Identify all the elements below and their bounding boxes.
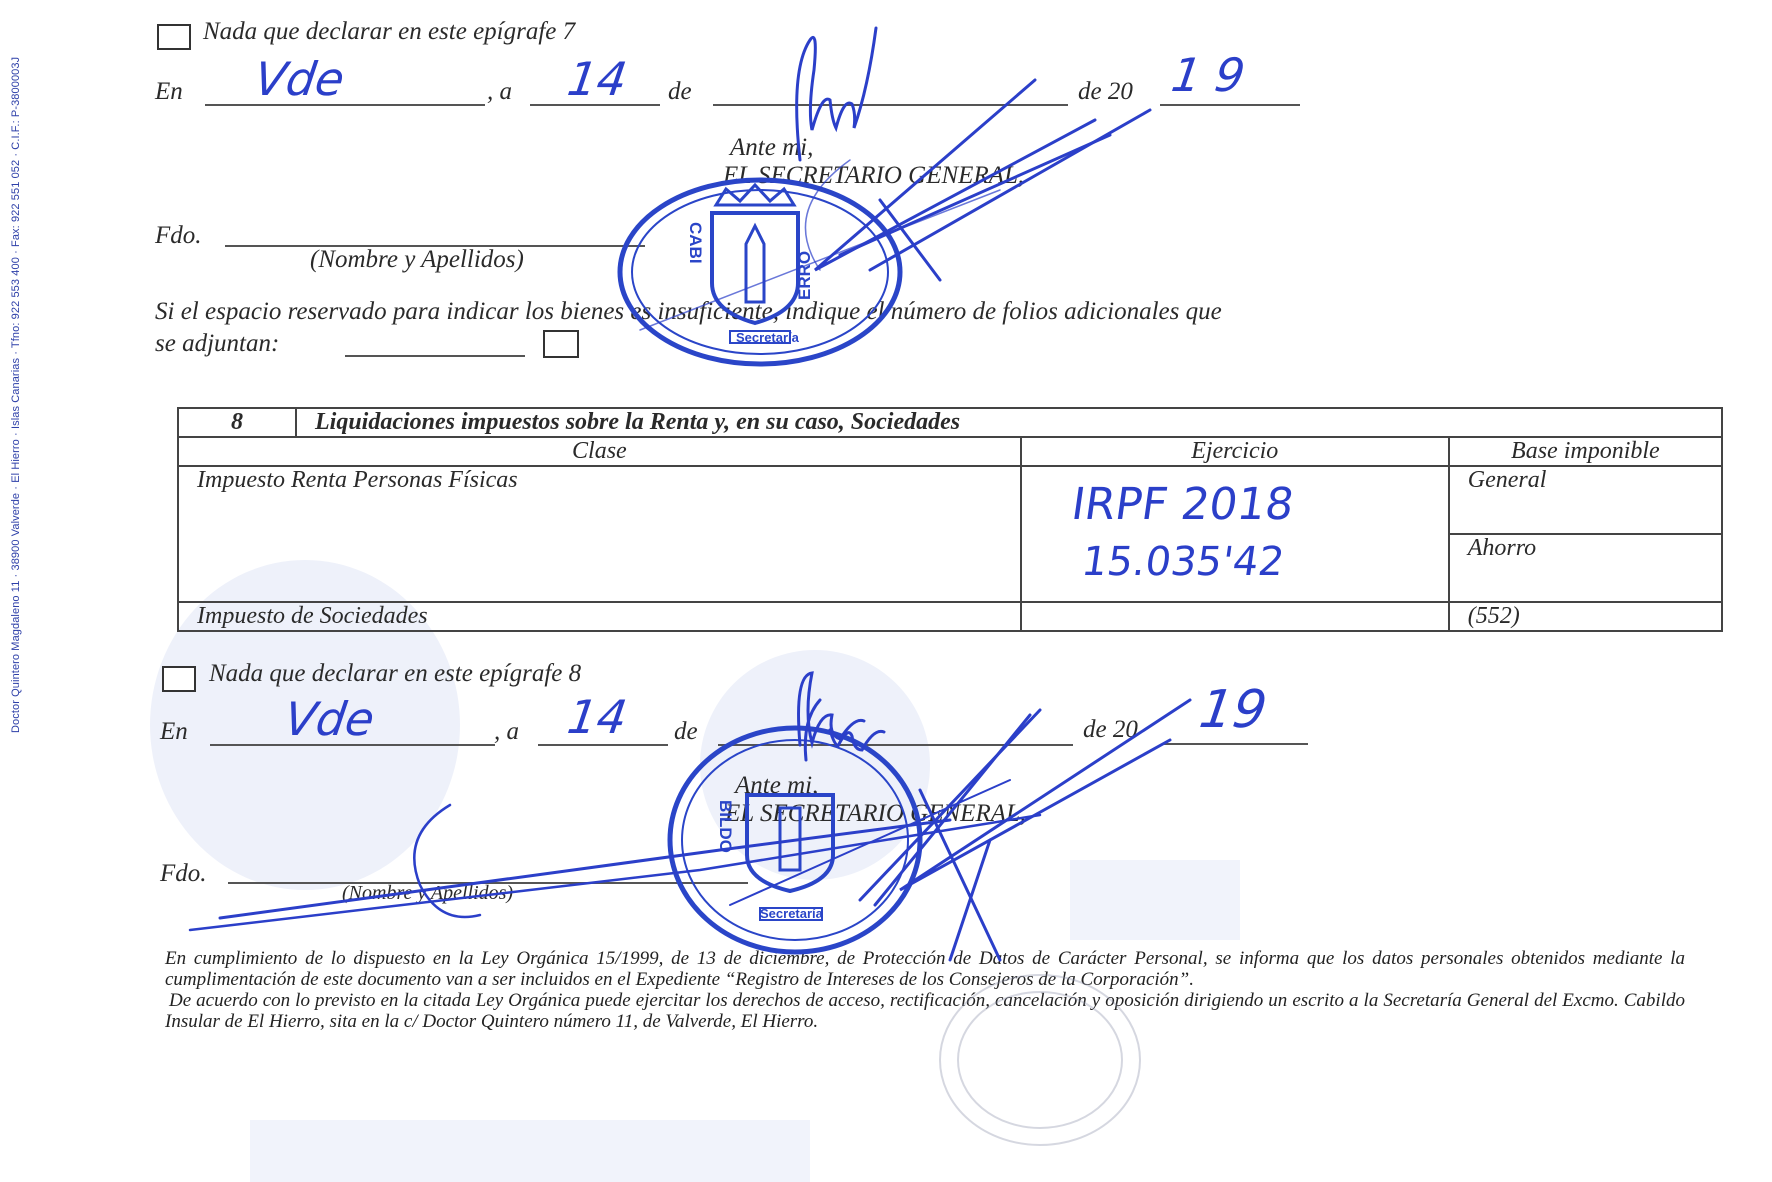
table-row: Impuesto de Sociedades (552) <box>178 602 1722 631</box>
extra-folios-text-2: se adjuntan: <box>155 330 279 358</box>
day-value-7[interactable]: 14 <box>564 52 630 106</box>
month-line-8 <box>718 744 1073 746</box>
side-address: Doctor Quintero Magdaleno 11 · 38900 Val… <box>4 40 28 750</box>
section-number: 8 <box>178 408 296 437</box>
section-title: Liquidaciones impuestos sobre la Renta y… <box>296 408 1722 437</box>
data-protection-notice: En cumplimiento de lo dispuesto en la Le… <box>165 948 1685 1032</box>
svg-text:ERRO: ERRO <box>795 251 814 300</box>
legal-paragraph-1: En cumplimiento de lo dispuesto en la Le… <box>165 948 1685 990</box>
place-value-8[interactable]: Vde <box>281 692 378 746</box>
fdo-label-7: Fdo. <box>155 222 202 250</box>
svg-text:Secretaría: Secretaría <box>760 906 824 921</box>
extra-folios-checkbox[interactable] <box>543 330 579 358</box>
legal-paragraph-2: De acuerdo con lo previsto en la citada … <box>165 990 1685 1032</box>
de20-label-8: de 20 <box>1083 716 1138 744</box>
a-label-8: , a <box>494 718 519 746</box>
cell-ejercicio-sociedades[interactable] <box>1021 602 1449 631</box>
de-label-7: de <box>668 78 692 106</box>
svg-text:Secretaría: Secretaría <box>736 330 800 345</box>
name-caption-7: (Nombre y Apellidos) <box>310 246 524 274</box>
cell-base-general[interactable]: General <box>1449 466 1722 534</box>
nothing-to-declare-7-label: Nada que declarar en este epígrafe 7 <box>203 18 575 46</box>
table-title-row: 8 Liquidaciones impuestos sobre la Renta… <box>178 408 1722 437</box>
nothing-to-declare-8-label: Nada que declarar en este epígrafe 8 <box>209 660 581 688</box>
svg-text:CABI: CABI <box>686 222 705 264</box>
en-label-7: En <box>155 78 183 106</box>
ante-mi-7: Ante mi, <box>730 134 813 162</box>
ante-mi-8: Ante mi, <box>735 772 818 800</box>
cell-clase-sociedades: Impuesto de Sociedades <box>178 602 1021 631</box>
table-header-row: Clase Ejercicio Base imponible <box>178 437 1722 466</box>
cell-clase-irpf: Impuesto Renta Personas Físicas <box>178 466 1021 602</box>
de-label-8: de <box>674 718 698 746</box>
ejercicio-irpf-line1: IRPF 2018 <box>1068 479 1297 530</box>
watermark-block <box>1070 860 1240 940</box>
name-caption-8: (Nombre y Apellidos) <box>342 882 513 905</box>
de20-label-7: de 20 <box>1078 78 1133 106</box>
day-line-8 <box>538 744 668 746</box>
cell-ejercicio-irpf[interactable]: IRPF 2018 15.035'42 <box>1021 466 1449 602</box>
place-line-7 <box>205 104 485 106</box>
cell-base-sociedades[interactable]: (552) <box>1449 602 1722 631</box>
a-label-7: , a <box>487 78 512 106</box>
nothing-to-declare-8-checkbox[interactable] <box>162 666 196 692</box>
en-label-8: En <box>160 718 188 746</box>
secretary-title-7: EL SECRETARIO GENERAL, <box>723 162 1024 190</box>
month-line-7 <box>713 104 1068 106</box>
year-value-7[interactable]: 19 <box>1168 48 1262 102</box>
column-header-base: Base imponible <box>1449 437 1722 466</box>
secretary-title-8: EL SECRETARIO GENERAL, <box>725 800 1026 828</box>
table-row: Impuesto Renta Personas Físicas IRPF 201… <box>178 466 1722 534</box>
day-value-8[interactable]: 14 <box>564 690 630 744</box>
extra-folios-text-1: Si el espacio reservado para indicar los… <box>155 298 1222 326</box>
year-line-7 <box>1160 104 1300 106</box>
year-line-8 <box>1163 743 1308 745</box>
nothing-to-declare-7-checkbox[interactable] <box>157 24 191 50</box>
column-header-clase: Clase <box>178 437 1021 466</box>
cell-base-ahorro[interactable]: Ahorro <box>1449 534 1722 602</box>
year-value-8[interactable]: 19 <box>1196 680 1271 740</box>
section-8-table: 8 Liquidaciones impuestos sobre la Renta… <box>177 407 1723 632</box>
column-header-ejercicio: Ejercicio <box>1021 437 1449 466</box>
watermark-block <box>250 1120 810 1182</box>
stamp-1-text: CABI ERRO Secretaría <box>686 222 814 345</box>
extra-folios-line <box>345 355 525 357</box>
place-value-7[interactable]: Vde <box>251 52 348 106</box>
ejercicio-irpf-line2: 15.035'42 <box>1079 539 1287 585</box>
fdo-label-8: Fdo. <box>160 860 207 888</box>
cabildo-stamp-icon <box>620 180 900 364</box>
